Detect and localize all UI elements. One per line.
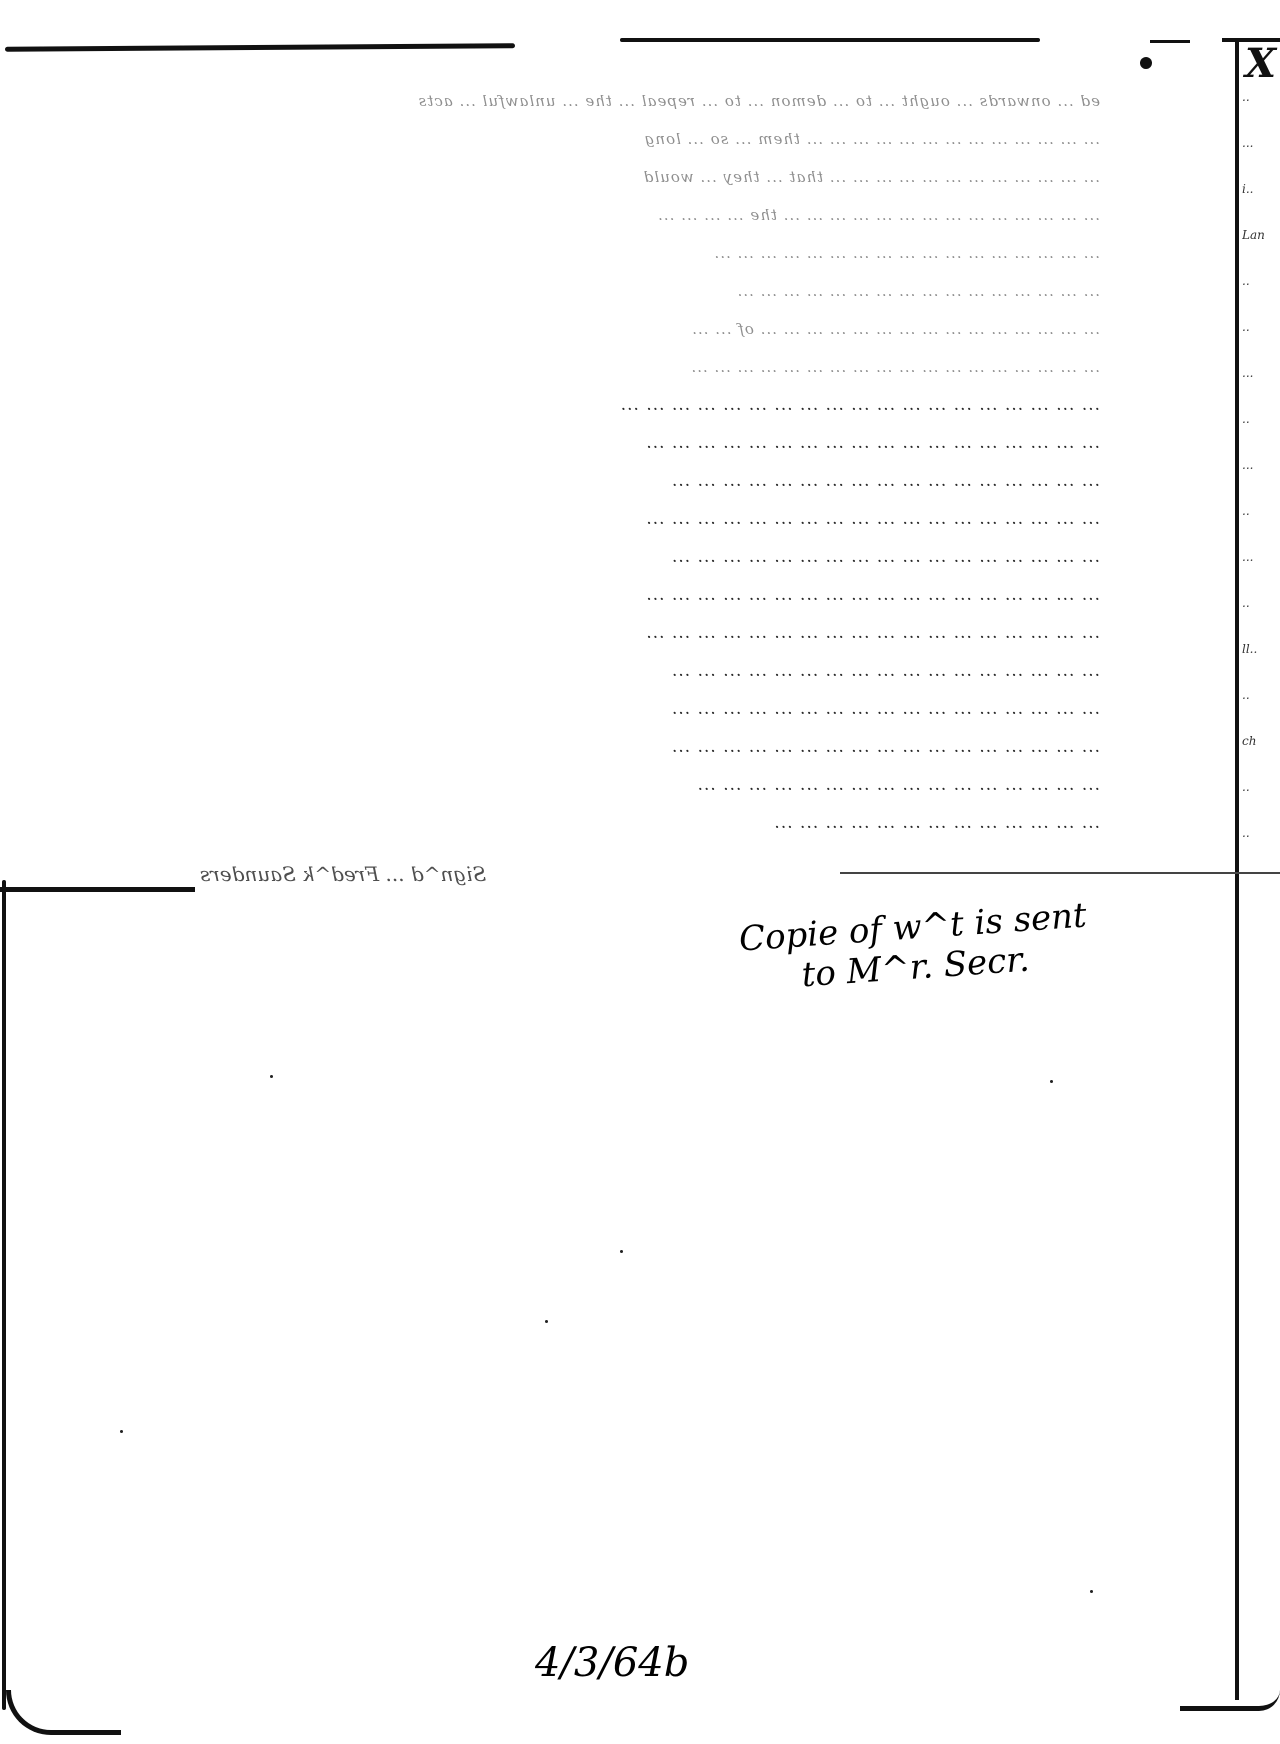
body-line: ... ... ... ... ... ... ... ... ... ... …	[10, 690, 1100, 728]
body-line: ... ... ... ... ... ... ... ... ... ... …	[10, 272, 1100, 310]
folio-number: 4/3/64b	[535, 1640, 689, 1686]
ink-blot	[1140, 57, 1152, 69]
ink-speck	[1050, 1080, 1053, 1083]
margin-fragment: ...	[1242, 458, 1280, 504]
body-line: ... ... ... ... ... ... ... ... ... ... …	[10, 462, 1100, 500]
margin-fragment: ll..	[1242, 642, 1280, 688]
body-line: ... ... ... ... ... ... ... ... ... ... …	[10, 500, 1100, 538]
body-line: ... ... ... ... ... ... ... ... ... ... …	[10, 424, 1100, 462]
body-line: ... ... ... ... ... ... ... ... ... ... …	[10, 348, 1100, 386]
right-column-divider	[1235, 40, 1239, 1700]
ink-speck	[120, 1430, 123, 1433]
top-edge-line	[620, 38, 1040, 42]
body-line: ... ... ... ... ... ... ... ... ... ... …	[10, 652, 1100, 690]
body-line: ... ... ... ... ... ... ... ... ... ... …	[10, 538, 1100, 576]
ink-speck	[270, 1075, 273, 1078]
margin-fragment: ..	[1242, 688, 1280, 734]
body-line: ed ... onwards ... ought ... to ... demo…	[10, 82, 1100, 120]
body-line: ... ... ... ... ... ... ... ... ... ... …	[10, 766, 1100, 804]
margin-fragment: ..	[1242, 596, 1280, 642]
body-line: ... ... ... ... ... ... ... ... ... ... …	[10, 234, 1100, 272]
body-line: ... ... ... ... ... ... ... ... ... ... …	[10, 310, 1100, 348]
body-line: ... ... ... ... ... ... ... ... ... ... …	[10, 576, 1100, 614]
marginal-annotation: Copie of w^t is sent to M^r. Secr.	[738, 890, 1163, 999]
margin-fragment: i..	[1242, 182, 1280, 228]
margin-fragment: ..	[1242, 412, 1280, 458]
signature: Sign^d ... Fred^k Saunders	[200, 862, 486, 886]
body-line: ... ... ... ... ... ... ... ... ... ... …	[10, 120, 1100, 158]
body-line: ... ... ... ... ... ... ... ... ... ... …	[10, 158, 1100, 196]
margin-fragment: ..	[1242, 780, 1280, 826]
adjacent-page-margin: .. ... i.. Lan .. .. ... .. ... .. ... .…	[1242, 90, 1280, 872]
corner-mark: X	[1245, 40, 1276, 87]
bleed-through-body-text: ed ... onwards ... ought ... to ... demo…	[10, 82, 1100, 842]
left-page-edge	[2, 880, 6, 1710]
margin-fragment: ..	[1242, 90, 1280, 136]
body-line: ... ... ... ... ... ... ... ... ... ... …	[10, 804, 1100, 842]
margin-fragment: ch	[1242, 734, 1280, 780]
margin-fragment: ...	[1242, 136, 1280, 182]
signature-rule	[0, 887, 195, 892]
margin-fragment: Lan	[1242, 228, 1280, 274]
ink-speck	[545, 1320, 548, 1323]
margin-fragment: ..	[1242, 274, 1280, 320]
margin-fragment: ..	[1242, 504, 1280, 550]
bottom-right-corner-edge	[1180, 1690, 1280, 1711]
ink-speck	[620, 1250, 623, 1253]
body-line: ... ... ... ... ... ... ... ... ... ... …	[10, 386, 1100, 424]
fold-line	[840, 872, 1280, 874]
bottom-left-corner-edge	[6, 1690, 121, 1735]
top-edge-line	[1150, 40, 1190, 43]
margin-fragment: ...	[1242, 550, 1280, 596]
body-line: ... ... ... ... ... ... ... ... ... ... …	[10, 196, 1100, 234]
body-line: ... ... ... ... ... ... ... ... ... ... …	[10, 728, 1100, 766]
document-page: X ed ... onwards ... ought ... to ... de…	[0, 0, 1280, 1744]
margin-fragment: ..	[1242, 826, 1280, 872]
ink-speck	[1090, 1590, 1093, 1593]
margin-fragment: ...	[1242, 366, 1280, 412]
body-line: ... ... ... ... ... ... ... ... ... ... …	[10, 614, 1100, 652]
top-edge-line	[5, 43, 515, 52]
margin-fragment: ..	[1242, 320, 1280, 366]
